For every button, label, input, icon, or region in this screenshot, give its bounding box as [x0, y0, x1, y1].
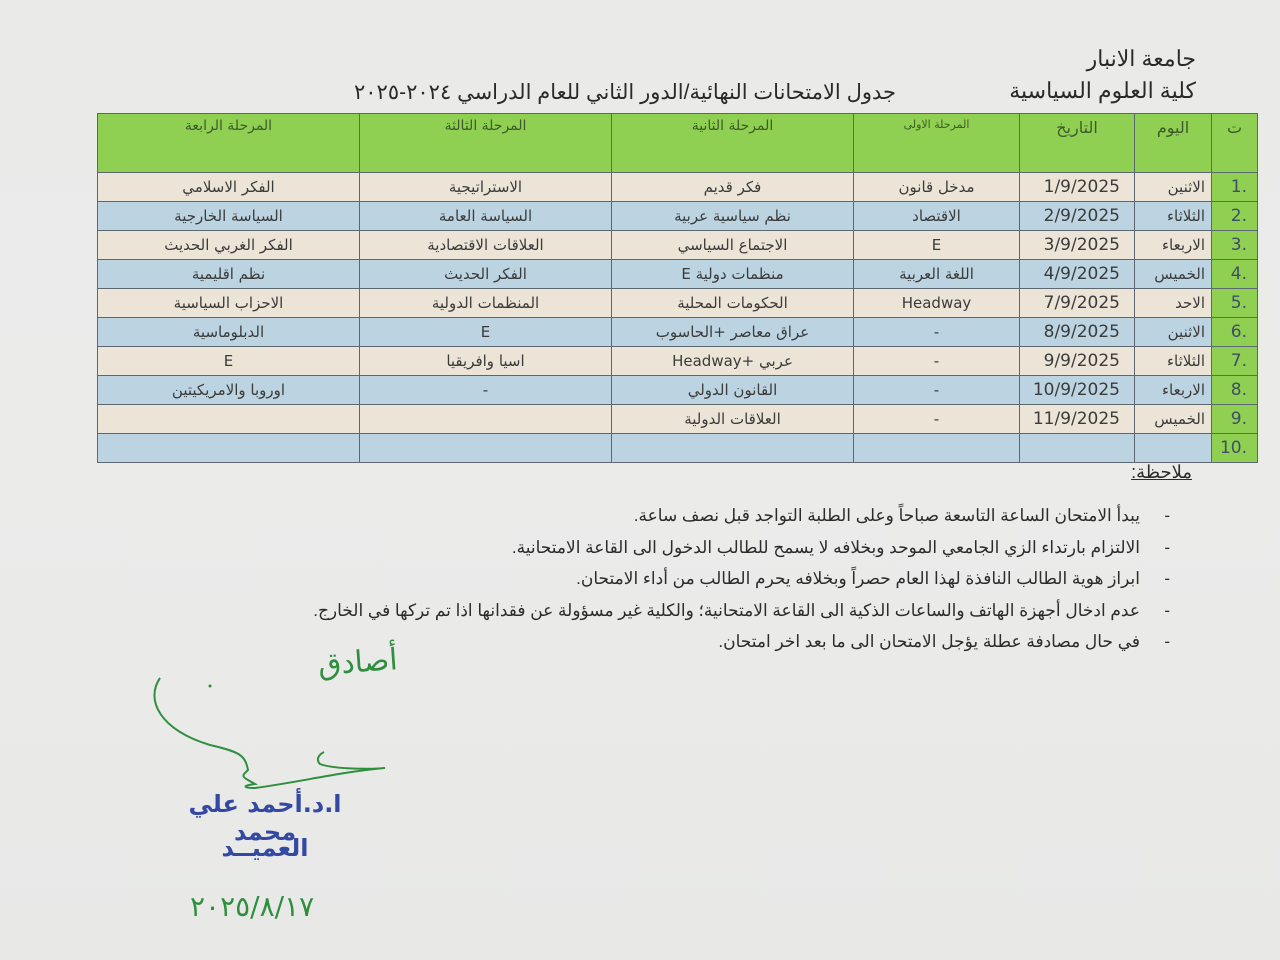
row-day: الثلاثاء: [1135, 202, 1212, 231]
signature-date: ٢٠٢٥/٨/١٧: [190, 890, 314, 923]
col-header-stage1: المرحلة الاولى: [854, 114, 1020, 173]
row-number: 10.: [1212, 434, 1258, 463]
table-row: 9. الخميس 11/9/2025 - العلاقات الدولية: [98, 405, 1258, 434]
row-date: 3/9/2025: [1020, 231, 1135, 260]
row-number: 1.: [1212, 173, 1258, 202]
note-item: عدم ادخال أجهزة الهاتف والساعات الذكية ا…: [140, 595, 1140, 627]
row-stage1: E: [854, 231, 1020, 260]
row-day: الخميس: [1135, 260, 1212, 289]
university-name: جامعة الانبار: [1087, 46, 1196, 72]
signature-scribble-icon: [140, 660, 400, 790]
row-stage1: -: [854, 318, 1020, 347]
note-item: الالتزام بارتداء الزي الجامعي الموحد وبخ…: [140, 532, 1140, 564]
row-stage4: الدبلوماسية: [98, 318, 360, 347]
note-item: يبدأ الامتحان الساعة التاسعة صباحاً وعلى…: [140, 500, 1140, 532]
schedule-title: جدول الامتحانات النهائية/الدور الثاني لل…: [354, 80, 896, 105]
row-stage3: الاستراتيجية: [360, 173, 612, 202]
col-header-day: اليوم: [1135, 114, 1212, 173]
notes-list: يبدأ الامتحان الساعة التاسعة صباحاً وعلى…: [140, 500, 1140, 658]
table-row: 6. الاثنين 8/9/2025 - عراق معاصر +الحاسو…: [98, 318, 1258, 347]
row-day: الاثنين: [1135, 173, 1212, 202]
row-number: 7.: [1212, 347, 1258, 376]
row-day: الاربعاء: [1135, 231, 1212, 260]
col-header-stage4: المرحلة الرابعة: [98, 114, 360, 173]
row-stage3: الفكر الحديث: [360, 260, 612, 289]
table-row: 10.: [98, 434, 1258, 463]
row-day: الاثنين: [1135, 318, 1212, 347]
table-row: 1. الاثنين 1/9/2025 مدخل قانون فكر قديم …: [98, 173, 1258, 202]
row-stage2: فكر قديم: [612, 173, 854, 202]
row-stage3: المنظمات الدولية: [360, 289, 612, 318]
document-page: جامعة الانبار كلية العلوم السياسية جدول …: [0, 0, 1280, 960]
row-date: 8/9/2025: [1020, 318, 1135, 347]
exam-schedule-table: ت اليوم التاريخ المرحلة الاولى المرحلة ا…: [97, 113, 1258, 463]
row-date: 1/9/2025: [1020, 173, 1135, 202]
row-stage4: اوروبا والامريكيتين: [98, 376, 360, 405]
row-date: 9/9/2025: [1020, 347, 1135, 376]
col-header-date: التاريخ: [1020, 114, 1135, 173]
table-row: 2. الثلاثاء 2/9/2025 الاقتصاد نظم سياسية…: [98, 202, 1258, 231]
row-number: 4.: [1212, 260, 1258, 289]
row-stage2: منظمات دولية E: [612, 260, 854, 289]
row-day: الاربعاء: [1135, 376, 1212, 405]
row-stage1: الاقتصاد: [854, 202, 1020, 231]
table-header-row: ت اليوم التاريخ المرحلة الاولى المرحلة ا…: [98, 114, 1258, 173]
row-stage3: العلاقات الاقتصادية: [360, 231, 612, 260]
col-header-stage3: المرحلة الثالثة: [360, 114, 612, 173]
row-stage1: [854, 434, 1020, 463]
row-stage1: -: [854, 347, 1020, 376]
row-date: 2/9/2025: [1020, 202, 1135, 231]
row-stage1: -: [854, 376, 1020, 405]
table-row: 4. الخميس 4/9/2025 اللغة العربية منظمات …: [98, 260, 1258, 289]
row-day: الاحد: [1135, 289, 1212, 318]
row-stage3: السياسة العامة: [360, 202, 612, 231]
row-date: 11/9/2025: [1020, 405, 1135, 434]
row-number: 6.: [1212, 318, 1258, 347]
row-day: الثلاثاء: [1135, 347, 1212, 376]
row-date: 4/9/2025: [1020, 260, 1135, 289]
table-row: 8. الاربعاء 10/9/2025 - القانون الدولي -…: [98, 376, 1258, 405]
row-date: 10/9/2025: [1020, 376, 1135, 405]
row-stage4: الفكر الاسلامي: [98, 173, 360, 202]
row-stage4: الاحزاب السياسية: [98, 289, 360, 318]
row-number: 9.: [1212, 405, 1258, 434]
row-day: [1135, 434, 1212, 463]
row-stage2: [612, 434, 854, 463]
table-row: 5. الاحد 7/9/2025 Headway الحكومات المحل…: [98, 289, 1258, 318]
row-stage4: الفكر الغربي الحديث: [98, 231, 360, 260]
row-stage2: القانون الدولي: [612, 376, 854, 405]
row-stage2: نظم سياسية عربية: [612, 202, 854, 231]
row-stage1: -: [854, 405, 1020, 434]
row-stage4: نظم اقليمية: [98, 260, 360, 289]
row-day: الخميس: [1135, 405, 1212, 434]
row-number: 8.: [1212, 376, 1258, 405]
row-date: 7/9/2025: [1020, 289, 1135, 318]
table-row: 3. الاربعاء 3/9/2025 E الاجتماع السياسي …: [98, 231, 1258, 260]
row-stage2: عربي +Headway: [612, 347, 854, 376]
dean-title-stamp: العميــد: [160, 834, 370, 862]
row-number: 3.: [1212, 231, 1258, 260]
row-stage1: اللغة العربية: [854, 260, 1020, 289]
row-date: [1020, 434, 1135, 463]
college-name: كلية العلوم السياسية: [1009, 78, 1196, 104]
row-stage2: العلاقات الدولية: [612, 405, 854, 434]
col-header-number: ت: [1212, 114, 1258, 173]
row-stage4: [98, 405, 360, 434]
row-stage1: مدخل قانون: [854, 173, 1020, 202]
row-number: 2.: [1212, 202, 1258, 231]
note-item: في حال مصادفة عطلة يؤجل الامتحان الى ما …: [140, 626, 1140, 658]
note-item: ابراز هوية الطالب النافذة لهذا العام حصر…: [140, 563, 1140, 595]
col-header-stage2: المرحلة الثانية: [612, 114, 854, 173]
row-stage3: [360, 434, 612, 463]
row-stage3: E: [360, 318, 612, 347]
row-stage3: [360, 405, 612, 434]
row-stage2: الاجتماع السياسي: [612, 231, 854, 260]
row-stage4: السياسة الخارجية: [98, 202, 360, 231]
row-stage3: -: [360, 376, 612, 405]
notes-title: ملاحظة:: [1131, 462, 1192, 483]
row-stage2: الحكومات المحلية: [612, 289, 854, 318]
row-number: 5.: [1212, 289, 1258, 318]
row-stage4: E: [98, 347, 360, 376]
row-stage3: اسيا وافريقيا: [360, 347, 612, 376]
row-stage4: [98, 434, 360, 463]
row-stage1: Headway: [854, 289, 1020, 318]
row-stage2: عراق معاصر +الحاسوب: [612, 318, 854, 347]
table-row: 7. الثلاثاء 9/9/2025 - عربي +Headway اسي…: [98, 347, 1258, 376]
